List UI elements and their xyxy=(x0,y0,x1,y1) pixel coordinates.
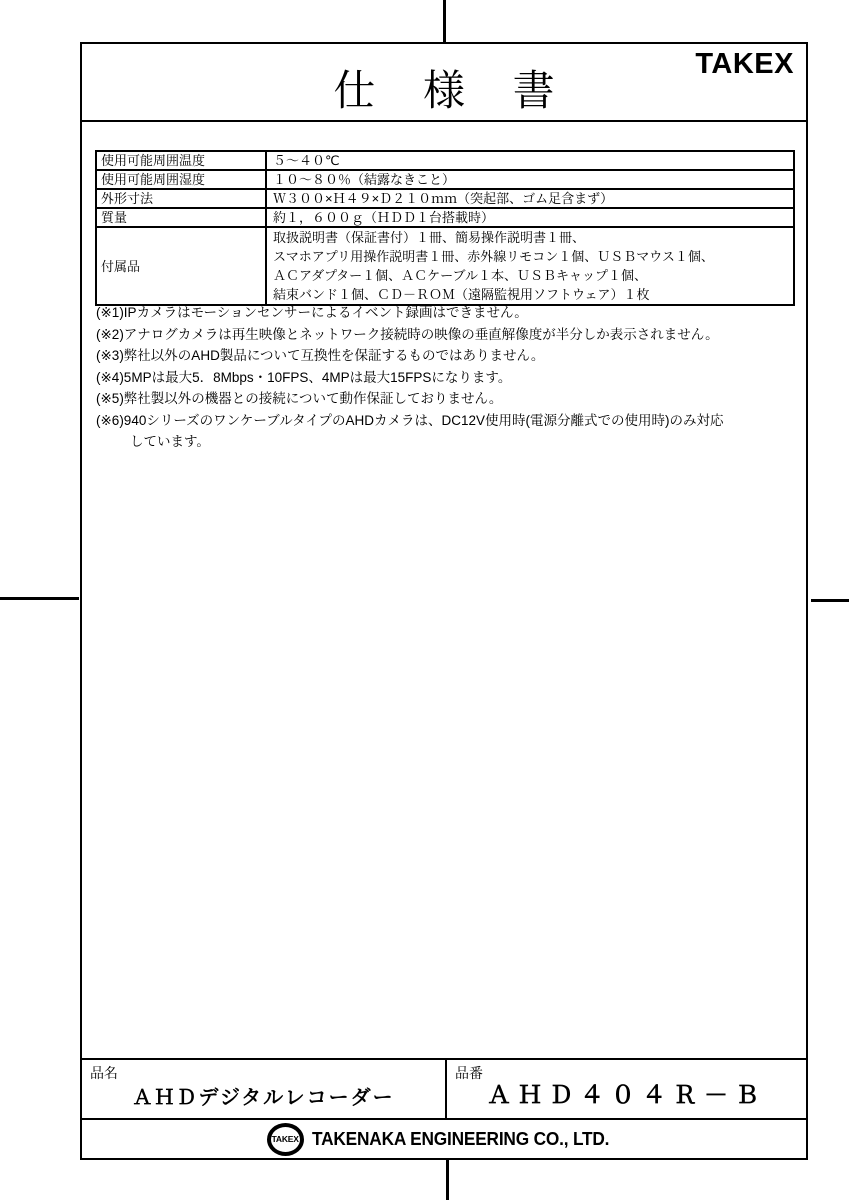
product-name-label: 品名 xyxy=(90,1063,118,1083)
company-footer: TAKEX TAKENAKA ENGINEERING CO., LTD. xyxy=(82,1118,806,1158)
spec-value: ５～４０℃ xyxy=(267,152,793,169)
spec-label: 外形寸法 xyxy=(97,190,267,207)
footnote: (※3)弊社以外のAHD製品について互換性を保証するものではありません。 xyxy=(96,345,801,367)
accessories-line: スマホアプリ用操作説明書１冊、赤外線リモコン１個、ＵＳＢマウス１個、 xyxy=(273,247,787,266)
product-name-value: ＡＨＤデジタルレコーダー xyxy=(82,1081,445,1110)
spec-sheet-page: 仕 様 書 TAKEX 使用可能周囲温度 ５～４０℃ 使用可能周囲湿度 １０～８… xyxy=(0,0,849,1200)
product-number-value: ＡＨＤ４０４Ｒ－Ｂ xyxy=(447,1075,806,1110)
takex-circle-logo-icon: TAKEX xyxy=(267,1123,304,1156)
footnote: (※4)5MPは最大5．8Mbps・10FPS、4MPは最大15FPSになります… xyxy=(96,367,801,389)
footnote-continuation: しています。 xyxy=(96,431,801,453)
product-name-cell: 品名 ＡＨＤデジタルレコーダー xyxy=(82,1060,447,1118)
table-row: 質量 約１，６００ｇ（ＨＤＤ１台搭載時） xyxy=(97,207,793,226)
footnote: (※1)IPカメラはモーションセンサーによるイベント録画はできません。 xyxy=(96,302,801,324)
spec-value-accessories: 取扱説明書（保証書付）１冊、簡易操作説明書１冊、 スマホアプリ用操作説明書１冊、… xyxy=(267,228,793,304)
spec-label: 使用可能周囲湿度 xyxy=(97,171,267,188)
takex-logotype: TAKEX xyxy=(695,48,794,81)
company-name: TAKENAKA ENGINEERING CO., LTD. xyxy=(312,1129,609,1150)
spec-label: 使用可能周囲温度 xyxy=(97,152,267,169)
accessories-line: 取扱説明書（保証書付）１冊、簡易操作説明書１冊、 xyxy=(273,228,787,247)
crop-mark-bottom xyxy=(446,1159,449,1200)
crop-mark-right xyxy=(811,599,849,602)
product-number-cell: 品番 ＡＨＤ４０４Ｒ－Ｂ xyxy=(447,1060,806,1118)
table-row: 外形寸法 Ｗ３００×Ｈ４９×Ｄ２１０ｍｍ（突起部、ゴム足含まず） xyxy=(97,188,793,207)
table-row-accessories: 付属品 取扱説明書（保証書付）１冊、簡易操作説明書１冊、 スマホアプリ用操作説明… xyxy=(97,226,793,304)
accessories-line: ＡＣアダプター１個、ＡＣケーブル１本、ＵＳＢキャップ１個、 xyxy=(273,266,787,285)
spec-table: 使用可能周囲温度 ５～４０℃ 使用可能周囲湿度 １０～８０％（結露なきこと） 外… xyxy=(95,150,795,306)
spec-value: Ｗ３００×Ｈ４９×Ｄ２１０ｍｍ（突起部、ゴム足含まず） xyxy=(267,190,793,207)
product-band: 品名 ＡＨＤデジタルレコーダー 品番 ＡＨＤ４０４Ｒ－Ｂ xyxy=(82,1058,806,1118)
crop-mark-left xyxy=(0,597,79,600)
footnote: (※5)弊社製以外の機器との接続について動作保証しておりません。 xyxy=(96,388,801,410)
spec-value: 約１，６００ｇ（ＨＤＤ１台搭載時） xyxy=(267,209,793,226)
crop-mark-top xyxy=(443,0,446,43)
spec-value: １０～８０％（結露なきこと） xyxy=(267,171,793,188)
footnote: (※6)940シリーズのワンケーブルタイプのAHDカメラは、DC12V使用時(電… xyxy=(96,410,801,432)
spec-label: 質量 xyxy=(97,209,267,226)
table-row: 使用可能周囲湿度 １０～８０％（結露なきこと） xyxy=(97,169,793,188)
spec-label: 付属品 xyxy=(97,228,267,304)
document-header: 仕 様 書 TAKEX xyxy=(82,44,806,122)
footnote: (※2)アナログカメラは再生映像とネットワーク接続時の映像の垂直解像度が半分しか… xyxy=(96,324,801,346)
footnotes: (※1)IPカメラはモーションセンサーによるイベント録画はできません。 (※2)… xyxy=(96,302,801,453)
document-frame: 仕 様 書 TAKEX 使用可能周囲温度 ５～４０℃ 使用可能周囲湿度 １０～８… xyxy=(80,42,808,1160)
table-row: 使用可能周囲温度 ５～４０℃ xyxy=(97,152,793,169)
